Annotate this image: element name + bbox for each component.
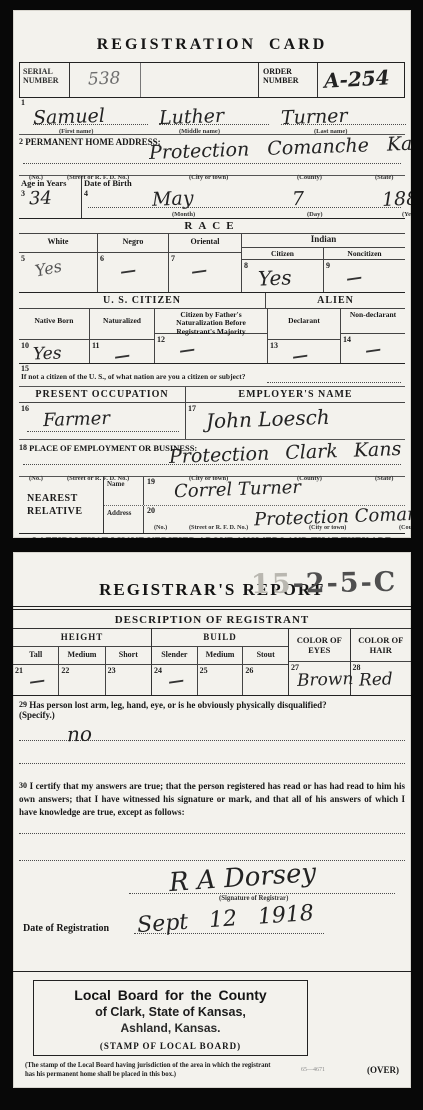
year-label: (Year) <box>402 211 411 218</box>
employer-header: EMPLOYER'S NAME <box>186 387 405 402</box>
certification-paragraph: 30 I certify that my answers are true; t… <box>19 780 405 819</box>
field-number-22: 22 <box>61 666 69 675</box>
registration-date-label: Date of Registration <box>23 923 109 934</box>
field-number-20: 20 <box>147 506 155 515</box>
occupation-headers: PRESENT OCCUPATION EMPLOYER'S NAME <box>19 387 405 403</box>
naturalized-label: Naturalized <box>90 309 154 340</box>
field-number-21: 21 <box>15 666 23 675</box>
blank-dotted-line <box>19 763 405 764</box>
race-table: White 5 Yes Negro 6 — Oriental 7 — India… <box>19 234 405 293</box>
divider-rule <box>13 971 411 972</box>
negro-dash-mark: — <box>119 260 137 281</box>
field-number-12: 12 <box>157 335 165 344</box>
naturalized-column: Naturalized 11 — <box>90 309 155 363</box>
tall-label: Tall <box>13 647 58 665</box>
alien-header: ALIEN <box>266 293 405 308</box>
age-label: Age in Years <box>19 176 81 188</box>
field-number-1: 1 <box>21 98 25 107</box>
nation-question-row: 15 If not a citizen of the U. S., of wha… <box>19 364 405 387</box>
no-label: (No.) <box>29 475 43 482</box>
tall-column: Tall 21 — <box>13 647 59 695</box>
print-code: 65—4671 <box>301 1067 325 1073</box>
registration-card: REGISTRATION CARD SERIAL NUMBER 538 ORDE… <box>13 10 411 538</box>
board-code-stamp: 15-2-5-C <box>250 567 397 601</box>
citizenship-table: Native Born 10 Yes Naturalized 11 — Citi… <box>19 309 405 364</box>
nation-question-text: If not a citizen of the U. S., of what n… <box>21 372 246 381</box>
naturalized-dash-mark: — <box>113 345 131 366</box>
race-negro-column: Negro 6 — <box>98 234 169 292</box>
eye-color-handwriting: Brown <box>297 669 354 691</box>
blank-dotted-line <box>19 833 405 834</box>
month-label: (Month) <box>172 211 195 218</box>
indian-noncitizen-column: Noncitizen 9 — <box>324 248 405 292</box>
field-number-11: 11 <box>92 341 100 350</box>
us-citizen-header: U. S. CITIZEN <box>19 293 266 308</box>
stamp-line-3: Ashland, Kansas. <box>38 1021 303 1035</box>
stout-label: Stout <box>243 647 288 665</box>
field-number-26: 26 <box>245 666 253 675</box>
field-number-23: 23 <box>108 666 116 675</box>
fine-print-text: (The stamp of the Local Board having jur… <box>25 1061 275 1079</box>
field-number-9: 9 <box>326 261 330 270</box>
build-medium-label: Medium <box>198 647 243 665</box>
disqualification-question: 29 Has person lost arm, leg, hand, eye, … <box>19 700 405 741</box>
employer-field: 17 John Loesch <box>186 403 405 439</box>
eyes-column: COLOR OF EYES 27 Brown <box>289 629 351 695</box>
last-name-label: (Last name) <box>314 128 347 135</box>
occupation-handwriting: Farmer <box>43 408 111 431</box>
race-oriental-column: Oriental 7 — <box>169 234 242 292</box>
over-label: (OVER) <box>367 1065 399 1075</box>
stamp-caption: (STAMP OF LOCAL BOARD) <box>38 1041 303 1051</box>
age-dob-row: Age in Years 3 34 Date of Birth 4 May 7 … <box>19 176 405 219</box>
relative-address-row: Address 20 Protection Comanche (No.) (St… <box>104 506 405 534</box>
white-answer-handwriting: Yes <box>33 256 63 280</box>
day-label: (Day) <box>307 211 323 218</box>
specify-label: (Specify.) <box>19 710 405 720</box>
slender-label: Slender <box>152 647 197 665</box>
field-number-8: 8 <box>244 261 248 270</box>
build-medium-column: Medium 25 <box>198 647 244 695</box>
build-header: BUILD <box>152 629 288 647</box>
employer-handwriting: John Loesch <box>206 405 330 433</box>
occupation-header: PRESENT OCCUPATION <box>19 387 186 402</box>
nearest-relative-block: NEAREST RELATIVE Name 19 Correl Turner A… <box>19 477 405 534</box>
field-number-16: 16 <box>21 404 29 413</box>
home-address-row: 2 PERMANENT HOME ADDRESS: Protection Com… <box>19 135 405 176</box>
middle-name-field: Luther <box>159 106 269 125</box>
height-medium-label: Medium <box>59 647 104 665</box>
father-naturalization-label: Citizen by Father's Naturalization Befor… <box>155 309 267 334</box>
short-label: Short <box>106 647 151 665</box>
home-address-handwriting: Protection Comanche Kans <box>149 132 411 164</box>
native-born-column: Native Born 10 Yes <box>19 309 90 363</box>
board-code-stamp-main: -2-5-C <box>292 567 397 600</box>
hair-column: COLOR OF HAIR 28 Red <box>351 629 412 695</box>
hair-color-handwriting: Red <box>358 669 392 690</box>
indian-noncitizen-label: Noncitizen <box>324 248 405 260</box>
field-number-13: 13 <box>270 341 278 350</box>
registrar-signature-row: R A Dorsey (Signature of Registrar) <box>19 861 405 911</box>
last-name-handwriting: Turner <box>281 105 348 129</box>
field-number-2: 2 <box>19 137 23 146</box>
indian-citizen-handwriting: Yes <box>258 265 292 290</box>
registrars-report-card: REGISTRAR'S REPORT 15-2-5-C DESCRIPTION … <box>13 552 411 1088</box>
serial-number-label: SERIAL NUMBER <box>20 63 70 97</box>
field-number-7: 7 <box>171 254 175 263</box>
declarant-column: Declarant 13 — <box>268 309 341 363</box>
height-header: HEIGHT <box>13 629 151 647</box>
oriental-label: Oriental <box>169 234 241 253</box>
slender-check-mark: — <box>167 670 185 691</box>
field-number-4: 4 <box>84 189 88 198</box>
race-section-header: RACE <box>19 219 405 234</box>
occupation-field: 16 Farmer <box>19 403 186 439</box>
citizenship-headers: U. S. CITIZEN ALIEN <box>19 293 405 309</box>
name-row: 1 Samuel Luther Turner (First name) (Mid… <box>19 98 405 135</box>
father-naturalization-column: Citizen by Father's Naturalization Befor… <box>155 309 268 363</box>
field-number-19: 19 <box>147 477 155 486</box>
build-group: BUILD Slender 24 — Medium 25 Stout <box>152 629 289 695</box>
serial-handwriting: 538 <box>88 68 121 89</box>
no-label: (No.) <box>154 524 167 531</box>
field-number-24: 24 <box>154 666 162 675</box>
last-name-field: Turner <box>281 106 406 125</box>
indian-label: Indian <box>242 234 405 248</box>
declarant-label: Declarant <box>268 309 340 340</box>
serial-number-value: 538 <box>70 63 141 97</box>
indian-citizen-column: Citizen 8 Yes <box>242 248 324 292</box>
home-address-label: PERMANENT HOME ADDRESS: <box>25 137 160 147</box>
occupation-values: 16 Farmer 17 John Loesch <box>19 403 405 440</box>
slender-column: Slender 24 — <box>152 647 198 695</box>
relative-name-row: Name 19 Correl Turner <box>104 477 405 506</box>
relative-name-label: Name <box>104 477 144 505</box>
field-number-25: 25 <box>200 666 208 675</box>
disqualification-question-text: Has person lost arm, leg, hand, eye, or … <box>29 700 326 710</box>
age-field: Age in Years 3 34 <box>19 176 82 218</box>
dob-label: Date of Birth <box>82 176 405 188</box>
county-label: (County) <box>399 524 411 531</box>
native-born-label: Native Born <box>19 309 89 340</box>
height-group: HEIGHT Tall 21 — Medium 22 Short 23 <box>13 629 152 695</box>
registration-date-row: Date of Registration Sept 12 1918 <box>19 911 405 945</box>
short-column: Short 23 <box>106 647 151 695</box>
card-title: REGISTRATION CARD <box>19 36 405 54</box>
serial-blank-area <box>141 63 258 97</box>
father-naturalization-dash-mark: — <box>178 339 196 360</box>
middle-name-handwriting: Luther <box>159 105 225 129</box>
stamp-line-2: of Clark, State of Kansas, <box>38 1005 303 1019</box>
fine-print-row: (The stamp of the Local Board having jur… <box>19 1061 405 1079</box>
nondeclarant-label: Non-declarant <box>341 309 405 334</box>
race-indian-group: Indian Citizen 8 Yes Noncitizen 9 — <box>242 234 405 292</box>
registrar-signature-label: (Signature of Registrar) <box>219 895 288 902</box>
oriental-dash-mark: — <box>190 260 208 281</box>
street-label: (Street or R. F. D. No.) <box>189 524 248 531</box>
middle-name-label: (Middle name) <box>179 128 220 135</box>
relative-address-label: Address <box>104 506 144 534</box>
local-board-stamp-box: Local Board for the County of Clark, Sta… <box>33 980 308 1056</box>
disqualification-answer-handwriting: no <box>67 722 93 747</box>
description-header: DESCRIPTION OF REGISTRANT <box>13 610 411 629</box>
description-table: HEIGHT Tall 21 — Medium 22 Short 23 <box>13 629 411 696</box>
order-handwriting: A-254 <box>323 65 390 92</box>
field-number-30: 30 <box>19 781 27 790</box>
field-number-29: 29 <box>19 700 27 709</box>
age-handwriting: 34 <box>29 188 53 210</box>
declarant-dash-mark: — <box>291 345 309 366</box>
certification-text: I certify that my answers are true; that… <box>19 781 405 817</box>
field-number-3: 3 <box>21 189 25 198</box>
field-number-5: 5 <box>21 254 25 263</box>
board-code-stamp-faint: 15 <box>250 569 292 601</box>
field-number-17: 17 <box>188 404 196 413</box>
stout-column: Stout 26 <box>243 647 288 695</box>
field-number-14: 14 <box>343 335 351 344</box>
field-number-10: 10 <box>21 341 29 350</box>
white-label: White <box>19 234 97 253</box>
hair-header: COLOR OF HAIR <box>351 629 412 662</box>
order-number-value: A-254 <box>318 63 404 97</box>
field-number-18: 18 <box>19 443 27 452</box>
noncitizen-dash-mark: — <box>345 267 363 288</box>
serial-order-row: SERIAL NUMBER 538 ORDER NUMBER A-254 <box>19 62 405 98</box>
native-born-handwriting: Yes <box>33 344 62 365</box>
nondeclarant-dash-mark: — <box>364 339 382 360</box>
first-name-label: (First name) <box>59 128 93 135</box>
stamp-line-1: Local Board for the County <box>38 987 303 1003</box>
first-name-field: Samuel <box>33 106 148 125</box>
eyes-header: COLOR OF EYES <box>289 629 350 662</box>
relative-column-labels: (No.) (Street or R. F. D. No.) (City or … <box>264 524 405 533</box>
negro-label: Negro <box>98 234 168 253</box>
tall-check-mark: — <box>28 670 46 691</box>
indian-citizen-label: Citizen <box>242 248 323 260</box>
nondeclarant-column: Non-declarant 14 — <box>341 309 405 363</box>
field-number-6: 6 <box>100 254 104 263</box>
affirmation-text: I AFFIRM THAT I HAVE VERIFIED ABOVE ANSW… <box>19 534 405 538</box>
race-white-column: White 5 Yes <box>19 234 98 292</box>
employment-place-row: 18 PLACE OF EMPLOYMENT OR BUSINESS: Prot… <box>19 440 405 477</box>
nearest-relative-label: NEAREST RELATIVE <box>19 492 103 518</box>
city-label: (City or town) <box>309 524 346 531</box>
dob-field: Date of Birth 4 May 7 1884 (Month) (Day)… <box>82 176 405 218</box>
height-medium-column: Medium 22 <box>59 647 105 695</box>
relative-name-handwriting: Correl Turner <box>174 477 302 502</box>
order-number-label: ORDER NUMBER <box>258 63 318 97</box>
first-name-handwriting: Samuel <box>33 105 106 129</box>
